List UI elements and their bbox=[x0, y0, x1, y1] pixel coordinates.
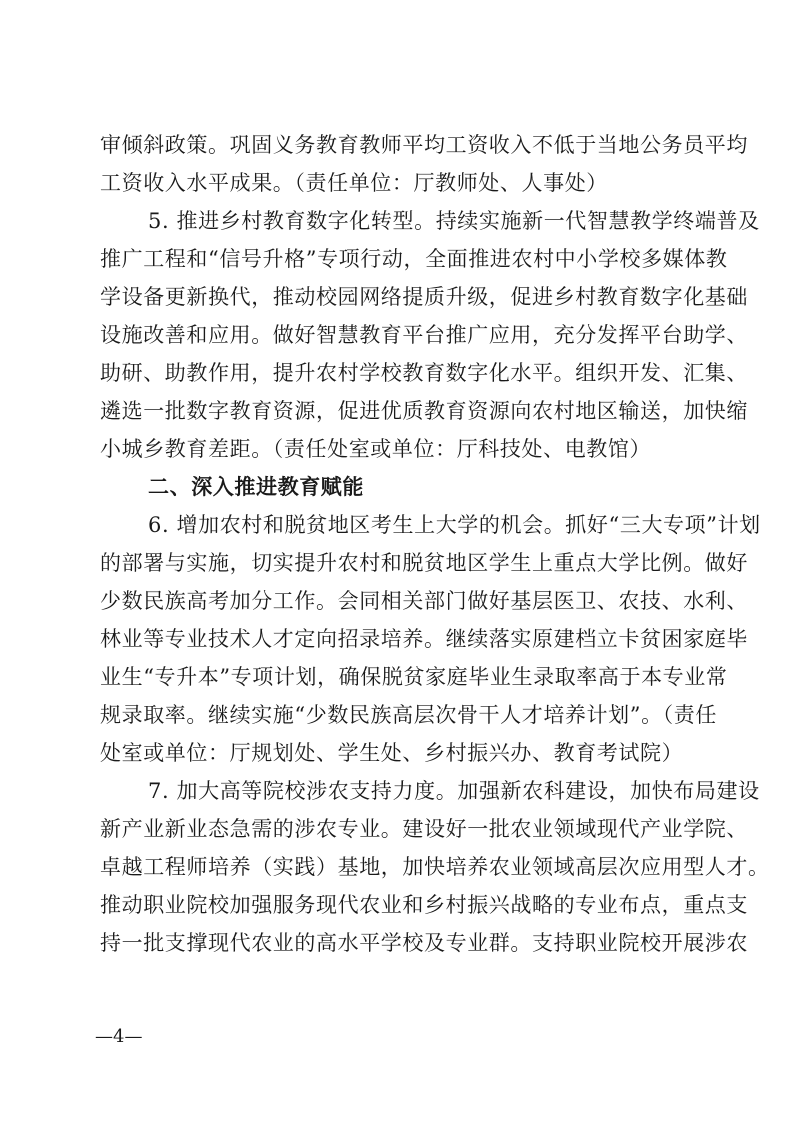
text-line: 学设备更新换代，推动校园网络提质升级，促进乡村教育数字化基础 bbox=[100, 282, 698, 312]
text-line: 规录取率。继续实施“少数民族高层次骨干人才培养计划”。（责任 bbox=[100, 700, 698, 730]
page-number: —4— bbox=[95, 1025, 142, 1049]
text-line: 林业等专业技术人才定向招录培养。继续落实原建档立卡贫困家庭毕 bbox=[100, 624, 698, 654]
document-page: 审倾斜政策。巩固义务教育教师平均工资收入不低于当地公务员平均 工资收入水平成果。… bbox=[0, 0, 793, 1122]
text-line: 推动职业院校加强服务现代农业和乡村振兴战略的专业布点，重点支 bbox=[100, 890, 698, 920]
text-line: 小城乡教育差距。（责任处室或单位：厅科技处、电教馆） bbox=[100, 434, 698, 464]
item-5-heading-line: 5. 推进乡村教育数字化转型。持续实施新一代智慧教学终端普及 bbox=[148, 206, 698, 236]
text-line: 持一批支撑现代农业的高水平学校及专业群。支持职业院校开展涉农 bbox=[100, 928, 698, 958]
text-line: 业生“专升本”专项计划，确保脱贫家庭毕业生录取率高于本专业常 bbox=[100, 662, 698, 692]
text-line: 遴选一批数字教育资源，促进优质教育资源向农村地区输送，加快缩 bbox=[100, 396, 698, 426]
text-line: 处室或单位：厅规划处、学生处、乡村振兴办、教育考试院） bbox=[100, 738, 698, 768]
text-line: 推广工程和“信号升格”专项行动，全面推进农村中小学校多媒体教 bbox=[100, 244, 698, 274]
text-line: 设施改善和应用。做好智慧教育平台推广应用，充分发挥平台助学、 bbox=[100, 320, 698, 350]
text-line: 的部署与实施，切实提升农村和脱贫地区学生上重点大学比例。做好 bbox=[100, 548, 698, 578]
section-heading: 二、深入推进教育赋能 bbox=[148, 472, 698, 502]
text-line: 审倾斜政策。巩固义务教育教师平均工资收入不低于当地公务员平均 bbox=[100, 130, 698, 160]
text-line: 卓越工程师培养（实践）基地，加快培养农业领域高层次应用型人才。 bbox=[100, 852, 698, 882]
item-7-heading-line: 7. 加大高等院校涉农支持力度。加强新农科建设，加快布局建设 bbox=[148, 776, 698, 806]
item-6-heading-line: 6. 增加农村和脱贫地区考生上大学的机会。抓好“三大专项”计划 bbox=[148, 510, 698, 540]
text-line: 新产业新业态急需的涉农专业。建设好一批农业领域现代产业学院、 bbox=[100, 814, 698, 844]
text-line: 少数民族高考加分工作。会同相关部门做好基层医卫、农技、水利、 bbox=[100, 586, 698, 616]
text-line: 工资收入水平成果。（责任单位：厅教师处、人事处） bbox=[100, 168, 698, 198]
text-line: 助研、助教作用，提升农村学校教育数字化水平。组织开发、汇集、 bbox=[100, 358, 698, 388]
